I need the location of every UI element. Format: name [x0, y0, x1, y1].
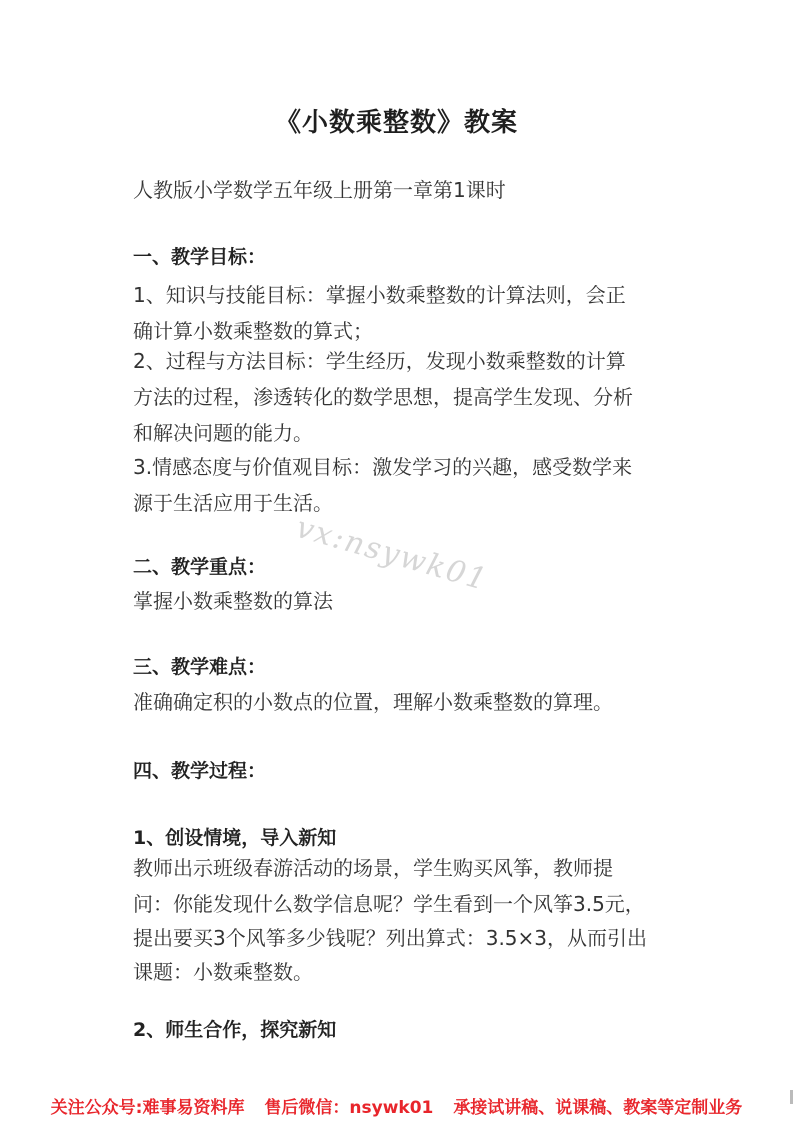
section-heading-process: 四、教学过程： [133, 756, 266, 783]
document-subtitle: 人教版小学数学五年级上册第一章第1课时 [133, 172, 506, 208]
difficulty-line: 准确确定积的小数点的位置，理解小数乘整数的算理。 [133, 684, 613, 720]
document-page: 《小数乘整数》教案 人教版小学数学五年级上册第一章第1课时 一、教学目标： 1、… [0, 0, 793, 1122]
process-step-heading: 1、创设情境，导入新知 [133, 823, 336, 850]
footer-wechat-account: 关注公众号:难事易资料库 [51, 1098, 245, 1118]
process-step-heading: 2、师生合作，探究新知 [133, 1015, 336, 1042]
objective-line: 2、过程与方法目标：学生经历，发现小数乘整数的计算 [133, 343, 626, 379]
process-step-line: 提出要买3个风筝多少钱呢？列出算式：3.5×3，从而引出 [133, 920, 647, 956]
section-heading-key-points: 二、教学重点： [133, 552, 266, 579]
footer-services: 承接试讲稿、说课稿、教案等定制业务 [453, 1098, 742, 1118]
objective-line: 方法的过程，渗透转化的数学思想，提高学生发现、分析 [133, 379, 633, 415]
section-heading-objectives: 一、教学目标： [133, 242, 266, 269]
process-step-line: 教师出示班级春游活动的场景，学生购买风筝，教师提 [133, 850, 613, 886]
objective-line: 3.情感态度与价值观目标：激发学习的兴趣，感受数学来 [133, 449, 632, 485]
footer-promo-banner: 关注公众号:难事易资料库 售后微信：nsywk01 承接试讲稿、说课稿、教案等定… [0, 1094, 793, 1122]
process-step-line: 问：你能发现什么数学信息呢？学生看到一个风筝3.5元， [133, 886, 645, 922]
section-heading-difficulties: 三、教学难点： [133, 652, 266, 679]
process-step-line: 课题：小数乘整数。 [133, 954, 313, 990]
document-title: 《小数乘整数》教案 [0, 102, 793, 139]
objective-line: 1、知识与技能目标：掌握小数乘整数的计算法则，会正 [133, 277, 626, 313]
footer-support-wechat: 售后微信：nsywk01 [264, 1098, 433, 1118]
key-point-line: 掌握小数乘整数的算法 [133, 583, 333, 619]
objective-line: 和解决问题的能力。 [133, 415, 313, 451]
